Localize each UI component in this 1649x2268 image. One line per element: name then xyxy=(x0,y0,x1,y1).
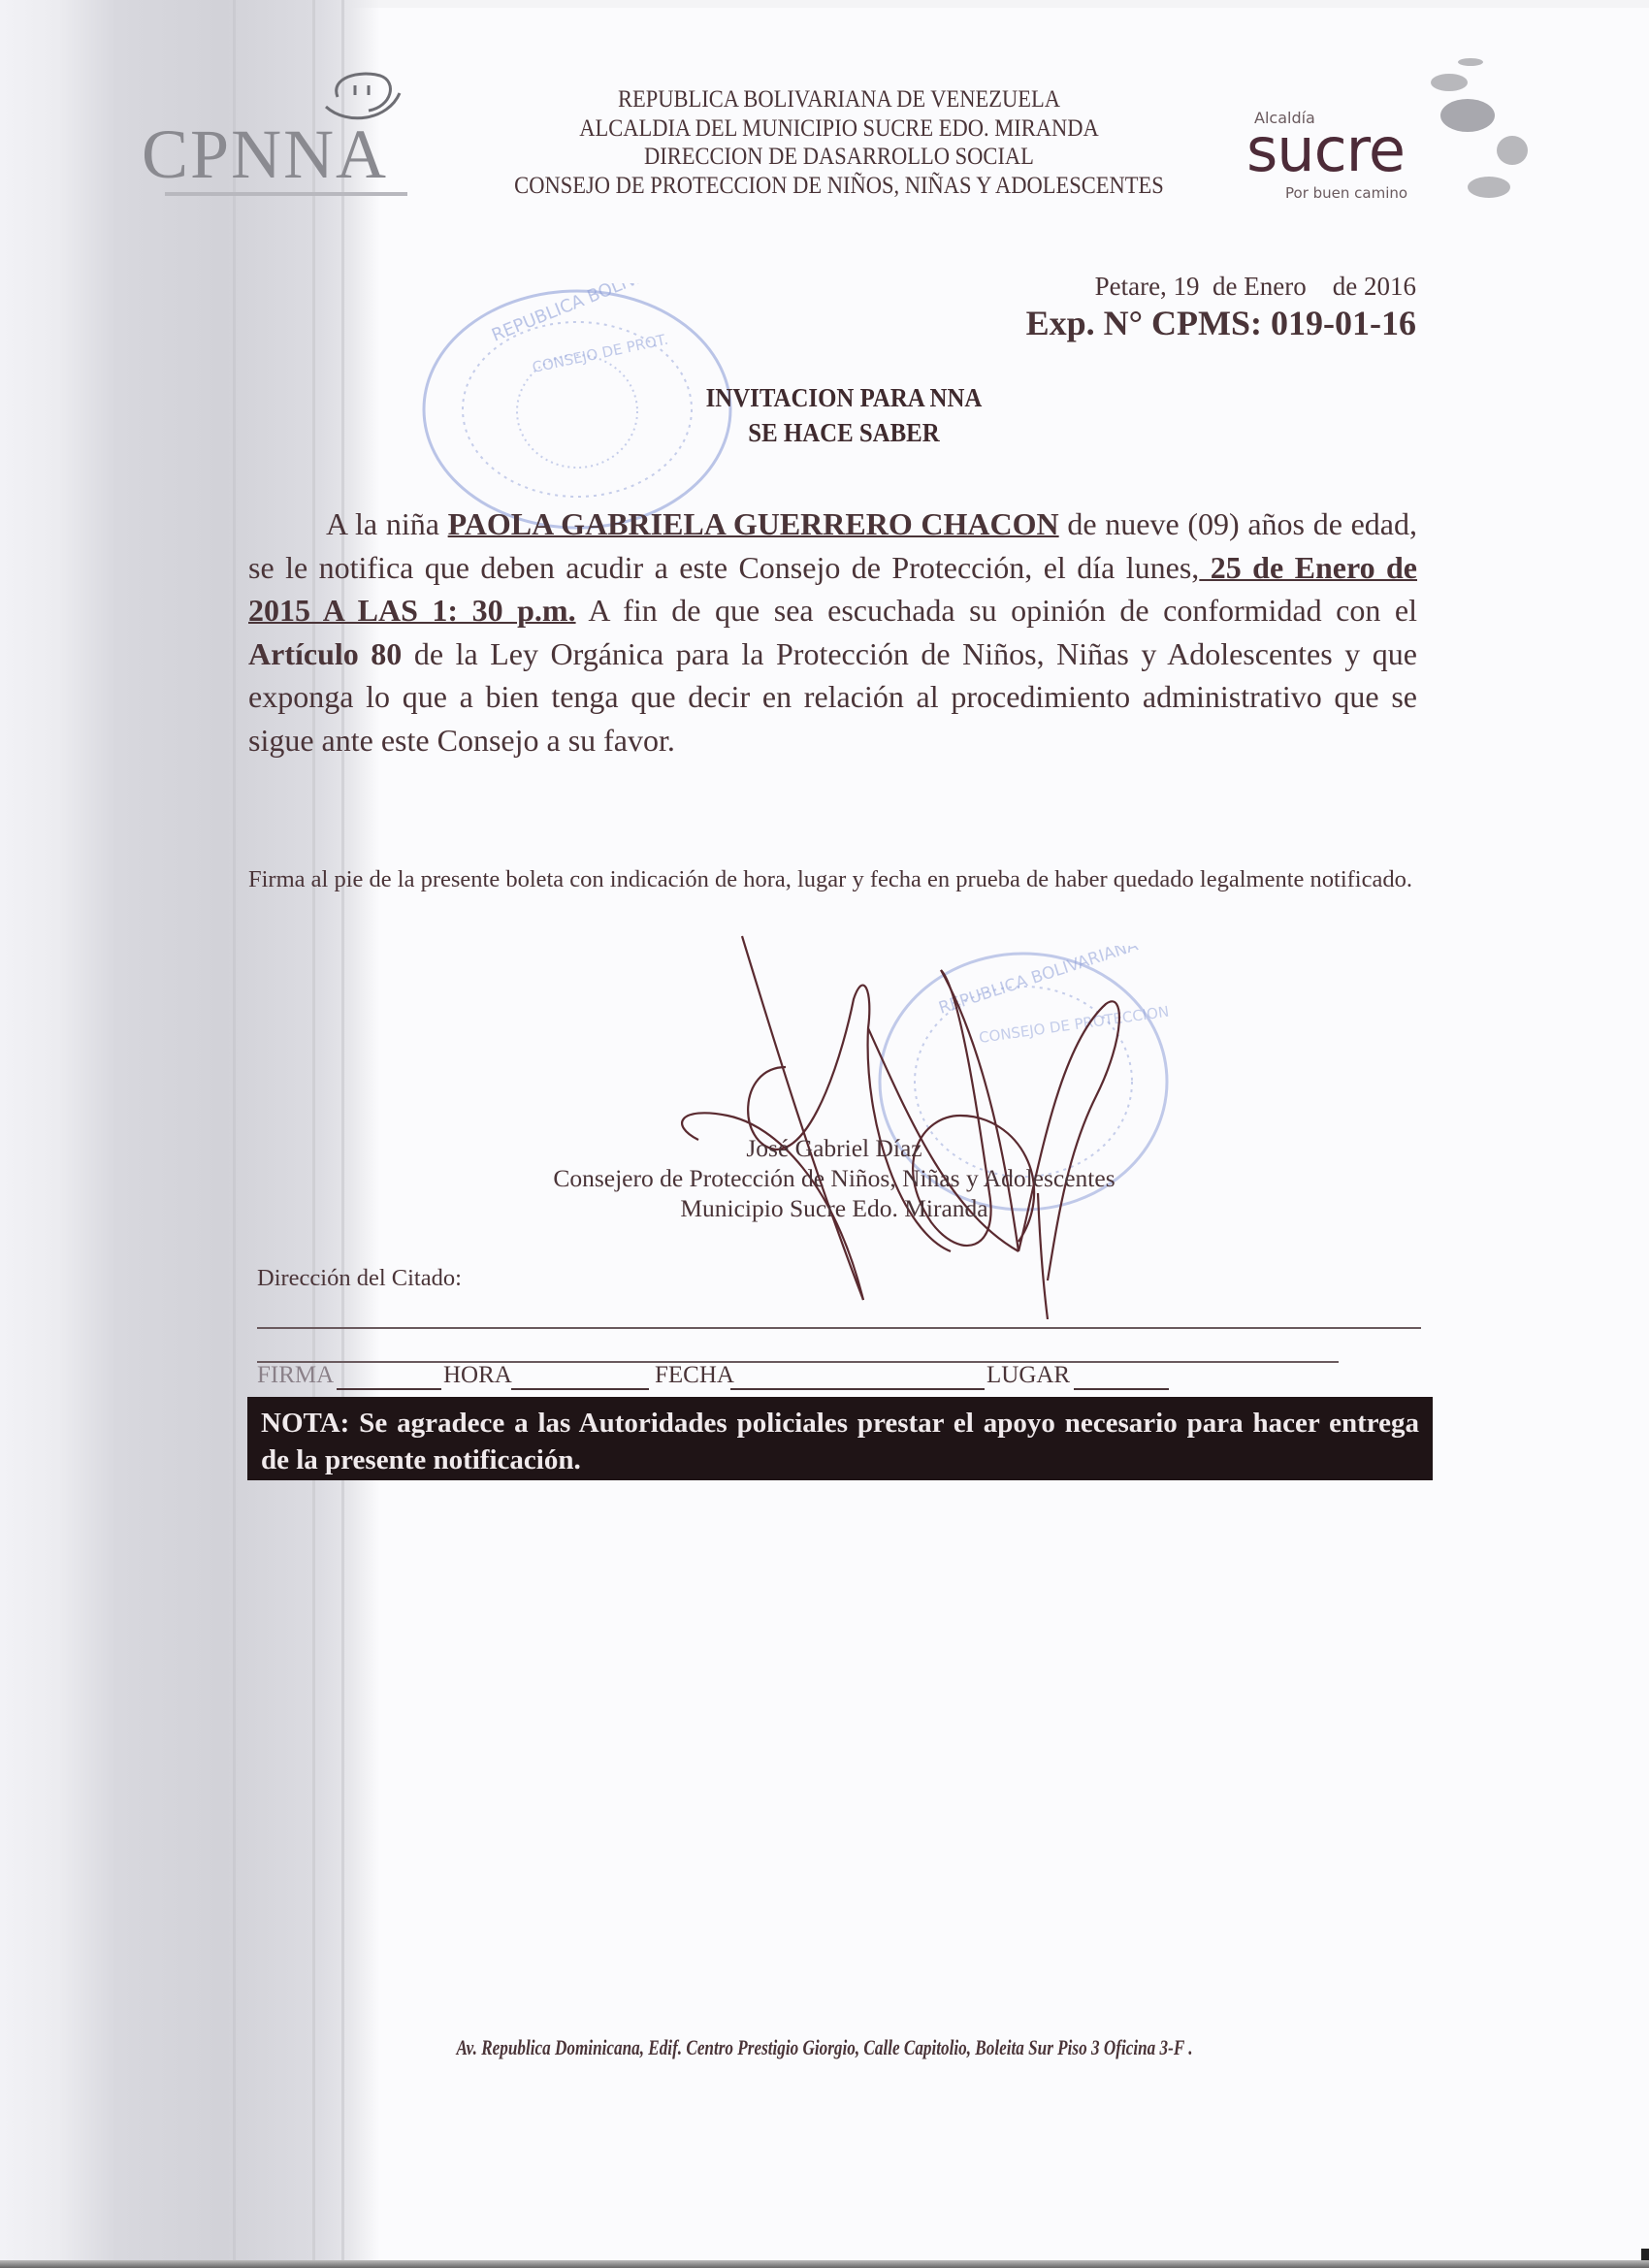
address-label: Dirección del Citado: xyxy=(257,1265,462,1292)
field-hora-blank[interactable] xyxy=(511,1388,649,1390)
scan-bottom-edge xyxy=(0,2260,1649,2268)
document-date: Petare, 19 de Enero de 2016 xyxy=(970,272,1416,302)
scan-streak xyxy=(233,0,236,2268)
cpnna-logo-tagline xyxy=(165,192,407,196)
title-line: SE HACE SABER xyxy=(567,415,1120,450)
signer-name: José Gabriel Díaz xyxy=(427,1133,1242,1163)
handwritten-signature xyxy=(669,931,1174,1319)
field-firma-label: FIRMA xyxy=(257,1362,334,1389)
office-address-footer: Av. Republica Dominicana, Edif. Centro P… xyxy=(408,2035,1241,2060)
logo-slogan: Por buen camino xyxy=(1285,184,1407,202)
expediente-number: Exp. N° CPMS: 019-01-16 xyxy=(970,303,1416,343)
child-name: PAOLA GABRIELA GUERRERO CHACON xyxy=(448,506,1059,541)
field-fecha-blank[interactable] xyxy=(730,1388,985,1390)
article-reference: Artículo 80 xyxy=(248,636,402,671)
scan-shadow-band xyxy=(0,0,378,2268)
scan-streak xyxy=(312,0,315,2268)
field-fecha-label: FECHA xyxy=(655,1362,734,1389)
notification-body: A la niña PAOLA GABRIELA GUERRERO CHACON… xyxy=(248,502,1417,761)
letterhead-line: CONSEJO DE PROTECCION DE NIÑOS, NIÑAS Y … xyxy=(469,172,1211,201)
receipt-fields: FIRMA HORA FECHA LUGAR xyxy=(257,1362,1324,1393)
cpnna-logo: CPNNA xyxy=(136,68,417,204)
title-line: INVITACION PARA NNA xyxy=(567,380,1120,415)
alcaldia-sucre-logo: Alcaldía sucre Por buen camino xyxy=(1246,58,1537,204)
scan-corner-mark xyxy=(1641,2249,1649,2260)
police-assistance-note: NOTA: Se agradece a las Autoridades poli… xyxy=(247,1397,1433,1480)
field-hora-label: HORA xyxy=(443,1362,512,1389)
scan-streak xyxy=(341,0,344,2268)
field-lugar-blank[interactable] xyxy=(1074,1388,1169,1390)
logo-sucre-name: sucre xyxy=(1246,114,1405,185)
letterhead-line: DIRECCION DE DASARROLLO SOCIAL xyxy=(469,143,1211,172)
signer-title: Consejero de Protección de Niños, Niñas … xyxy=(427,1163,1242,1193)
cpnna-logo-text: CPNNA xyxy=(142,114,388,195)
document-title: INVITACION PARA NNA SE HACE SABER xyxy=(567,380,1120,450)
address-line-1[interactable] xyxy=(257,1327,1421,1329)
body-rest: de la Ley Orgánica para la Protección de… xyxy=(248,636,1417,758)
body-intro: A la niña xyxy=(248,506,448,541)
field-firma-blank[interactable] xyxy=(337,1388,441,1390)
svg-text:CONSEJO DE PROT.: CONSEJO DE PROT. xyxy=(531,331,669,376)
letterhead-line: REPUBLICA BOLIVARIANA DE VENEZUELA xyxy=(469,85,1211,114)
letterhead-line: ALCALDIA DEL MUNICIPIO SUCRE EDO. MIRAND… xyxy=(469,114,1211,144)
signer-office: Municipio Sucre Edo. Miranda xyxy=(427,1193,1242,1223)
field-lugar-label: LUGAR xyxy=(986,1362,1070,1389)
signer-block: José Gabriel Díaz Consejero de Protecció… xyxy=(427,1133,1242,1223)
body-purpose: A fin de que sea escuchada su opinión de… xyxy=(576,593,1417,628)
letterhead: REPUBLICA BOLIVARIANA DE VENEZUELA ALCAL… xyxy=(469,85,1211,200)
signature-instruction: Firma al pie de la presente boleta con i… xyxy=(248,863,1417,896)
